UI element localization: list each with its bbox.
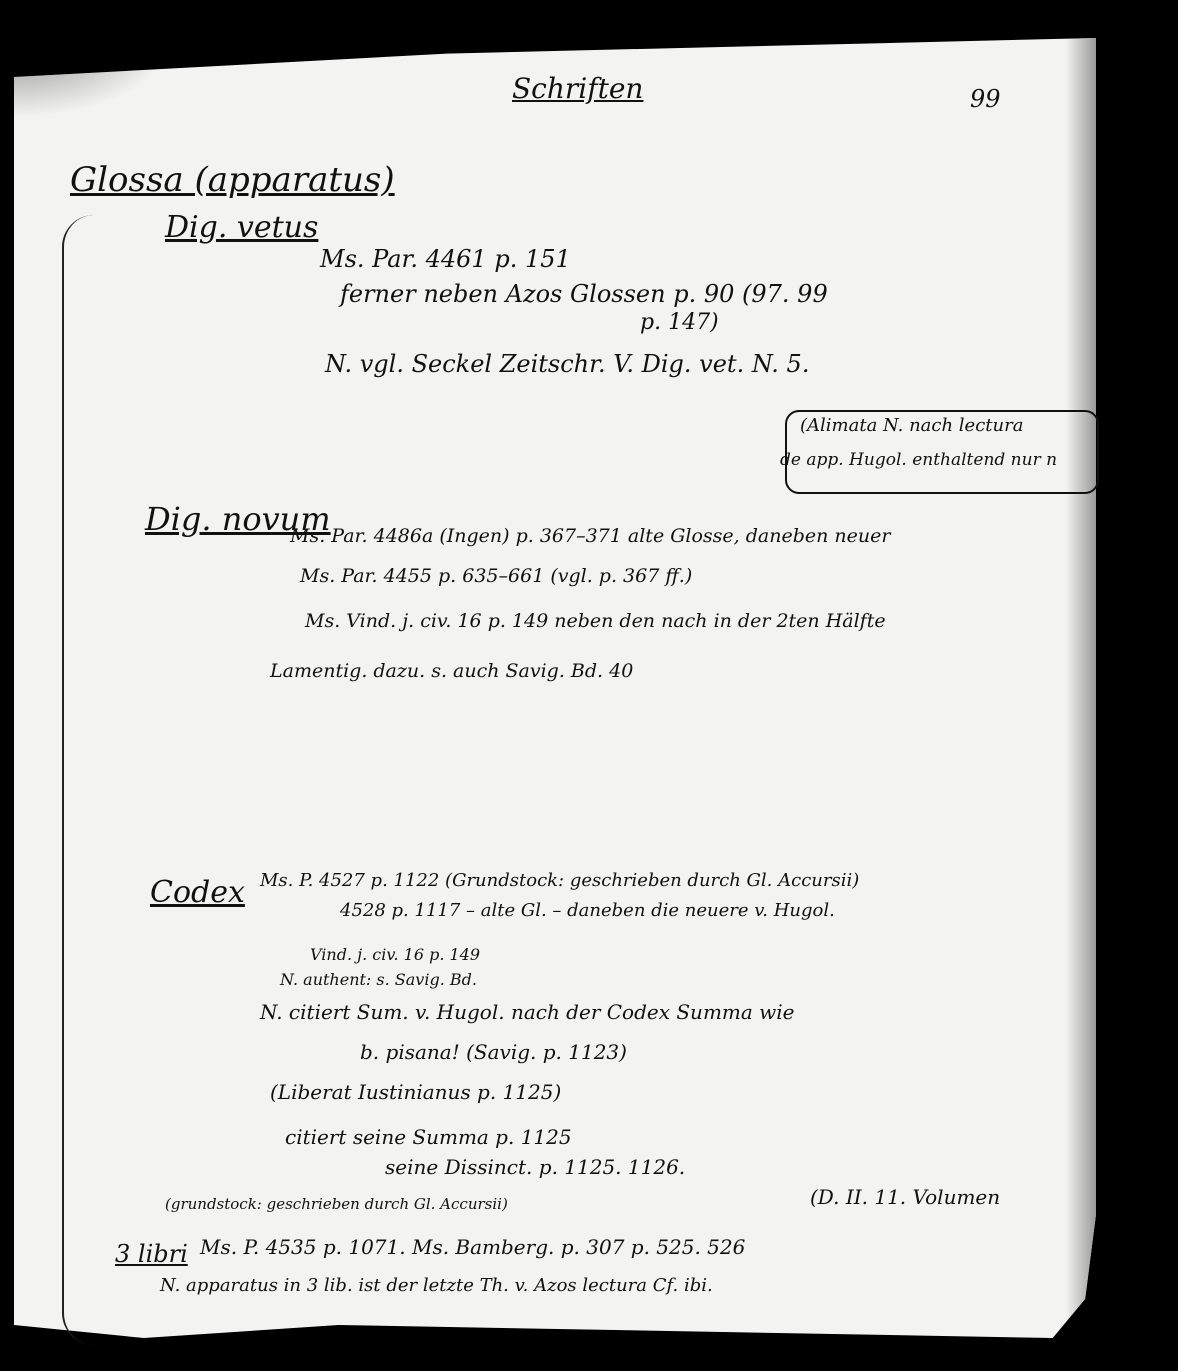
text-line: N. authent: s. Savig. Bd. xyxy=(280,970,477,989)
text-line: N. apparatus in 3 lib. ist der letzte Th… xyxy=(160,1275,713,1296)
text-line: citiert seine Summa p. 1125 xyxy=(285,1125,572,1149)
text-line: Ms. P. 4535 p. 1071. Ms. Bamberg. p. 307… xyxy=(200,1235,745,1259)
text-line: N. vgl. Seckel Zeitschr. V. Dig. vet. N.… xyxy=(325,350,809,378)
text-line: Ms. P. 4527 p. 1122 (Grundstock: geschri… xyxy=(260,870,859,891)
annotation-line: (grundstock: geschrieben durch Gl. Accur… xyxy=(165,1195,508,1213)
text-line: Vind. j. civ. 16 p. 149 xyxy=(310,945,480,964)
text-line: Lamentig. dazu. s. auch Savig. Bd. 40 xyxy=(270,660,633,682)
text-line: Ms. Par. 4486a (Ingen) p. 367–371 alte G… xyxy=(290,525,890,547)
annotation-line: de app. Hugol. enthaltend nur n xyxy=(780,450,1057,470)
margin-bracket xyxy=(62,215,94,1345)
text-line: b. pisana! (Savig. p. 1123) xyxy=(360,1040,627,1064)
subheading-dig-vetus: Dig. vetus xyxy=(165,210,318,245)
annotation-line: (Alimata N. nach lectura xyxy=(800,415,1023,436)
section-heading-3-libri: 3 libri xyxy=(115,1240,188,1268)
section-heading-codex: Codex xyxy=(150,875,245,910)
text-line: 4528 p. 1117 – alte Gl. – daneben die ne… xyxy=(340,900,835,921)
section-heading-glossa: Glossa (apparatus) xyxy=(70,160,395,200)
text-line: (Liberat Iustinianus p. 1125) xyxy=(270,1080,561,1104)
text-line: N. citiert Sum. v. Hugol. nach der Codex… xyxy=(260,1000,795,1024)
text-line: seine Dissinct. p. 1125. 1126. xyxy=(385,1155,685,1179)
text-line: Ms. Vind. j. civ. 16 p. 149 neben den na… xyxy=(305,610,886,632)
annotation-line: (D. II. 11. Volumen xyxy=(810,1185,1000,1209)
text-line: Ms. Par. 4455 p. 635–661 (vgl. p. 367 ff… xyxy=(300,565,692,587)
page-header: Schriften xyxy=(512,72,643,105)
folio-number: 99 xyxy=(970,85,1001,113)
text-line: p. 147) xyxy=(640,310,719,335)
text-line: Ms. Par. 4461 p. 151 xyxy=(320,245,571,273)
text-line: ferner neben Azos Glossen p. 90 (97. 99 xyxy=(340,280,828,308)
